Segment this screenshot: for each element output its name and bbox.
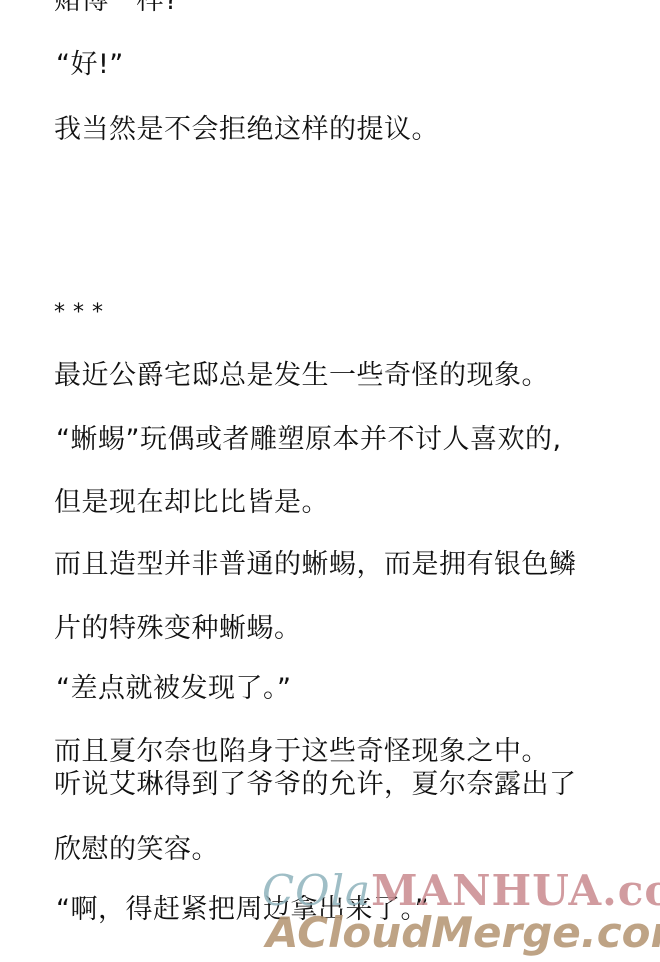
text-line-2: “好!” — [56, 48, 124, 82]
watermark-acloudmerge: ACloudMerge.com — [266, 908, 660, 957]
text-line-1: 赌博一样? — [54, 0, 179, 18]
text-line-12: 听说艾琳得到了爷爷的允许，夏尔奈露出了 — [54, 768, 577, 802]
text-line-3: 我当然是不会拒绝这样的提议。 — [54, 113, 439, 147]
text-line-11: 而且夏尔奈也陷身于这些奇怪现象之中。 — [54, 735, 549, 769]
text-line-6: “蜥蜴”玩偶或者雕塑原本并不讨人喜欢的, — [56, 423, 562, 457]
text-line-5: 最近公爵宅邸总是发生一些奇怪的现象。 — [54, 359, 549, 393]
text-line-13: 欣慰的笑容。 — [54, 833, 219, 867]
text-line-10: “差点就被发现了。” — [56, 672, 291, 706]
text-line-7: 但是现在却比比皆是。 — [54, 486, 329, 520]
text-line-8: 而且造型并非普通的蜥蜴，而是拥有银色鳞 — [54, 548, 577, 582]
section-divider: * * * — [54, 296, 104, 330]
text-line-9: 片的特殊变种蜥蜴。 — [54, 612, 302, 646]
